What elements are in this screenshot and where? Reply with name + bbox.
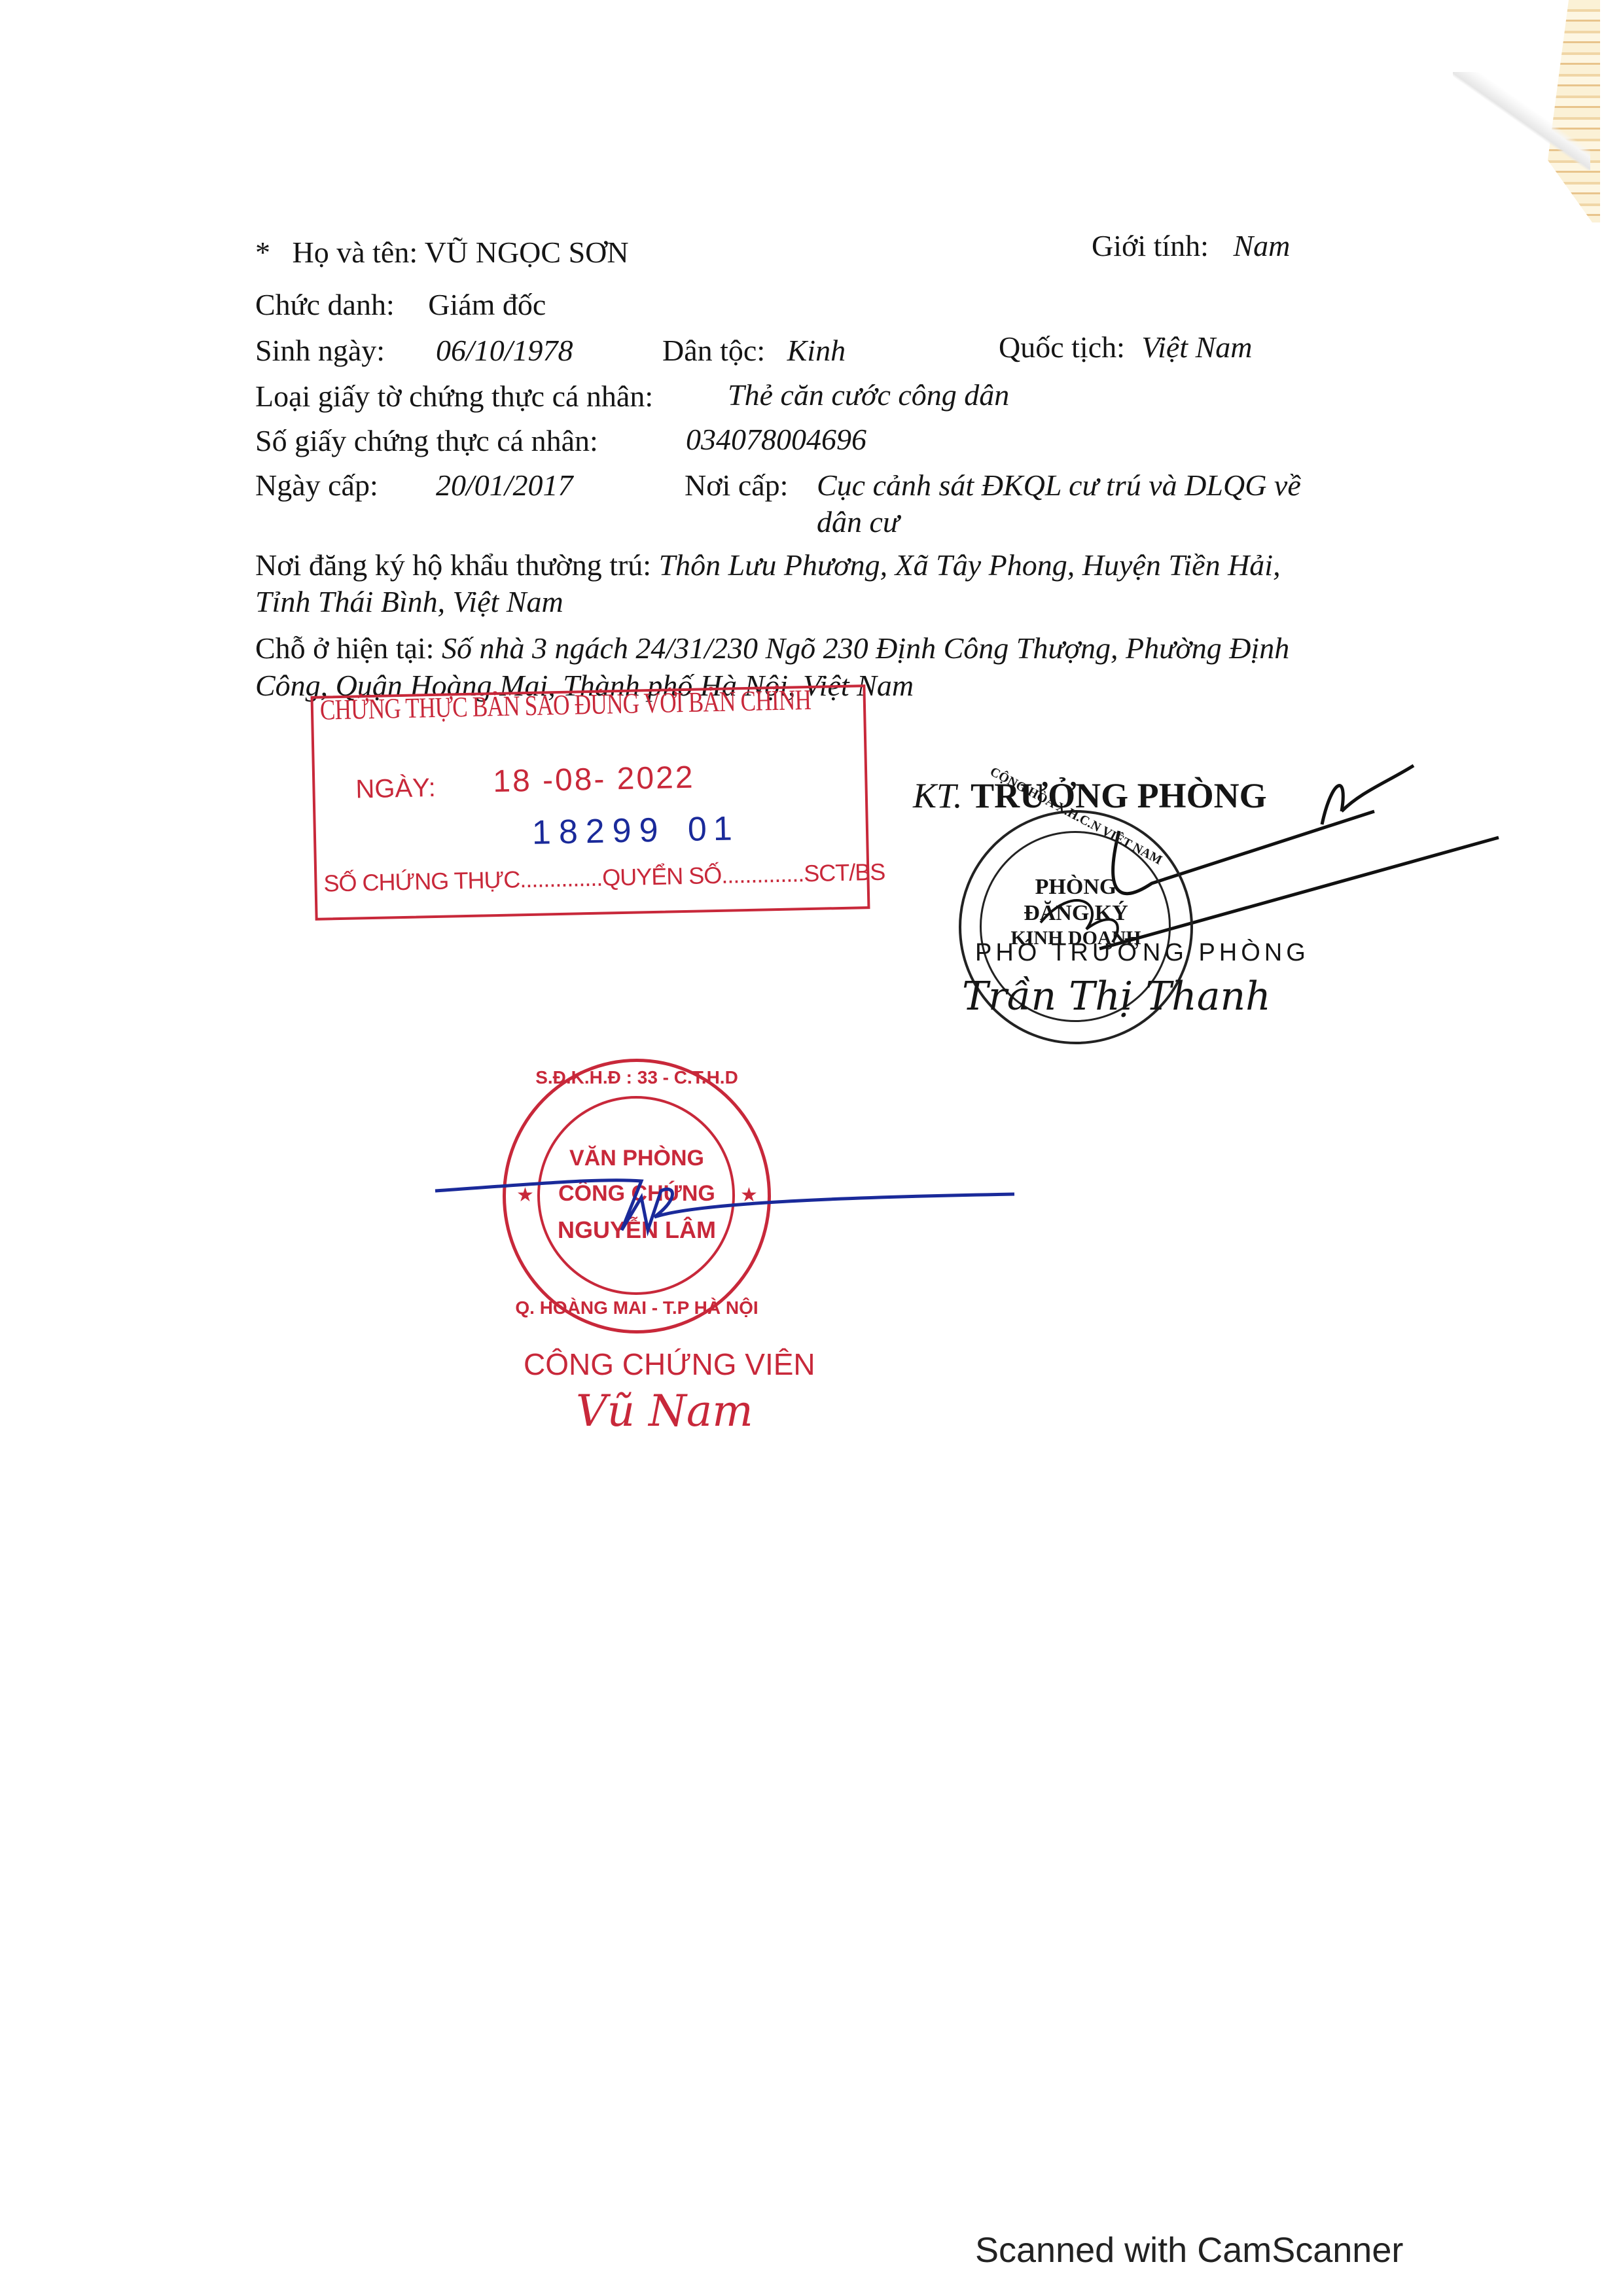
stamp-book-number: 01 xyxy=(687,809,739,849)
name-label: Họ và tên: xyxy=(293,236,418,269)
id-type-row: Loại giấy tờ chứng thực cá nhân: xyxy=(255,380,653,414)
issue-date-value: 20/01/2017 xyxy=(436,468,573,503)
gender-row: Giới tính: Nam xyxy=(1092,229,1290,263)
dob-row: Sinh ngày: xyxy=(255,334,385,368)
permanent-address-line2: Tỉnh Thái Bình, Việt Nam xyxy=(255,585,563,619)
stamp-dots: .............. xyxy=(520,864,603,893)
id-type-value: Thẻ căn cước công dân xyxy=(728,378,1009,412)
bullet: * xyxy=(255,236,270,269)
id-number-label: Số giấy chứng thực cá nhân: xyxy=(255,424,598,457)
stamp-book-label: QUYỂN SỐ xyxy=(602,862,722,891)
issue-place-value-line2: dân cư xyxy=(817,505,899,539)
dob-value: 06/10/1978 xyxy=(436,334,573,368)
id-number-row: Số giấy chứng thực cá nhân: xyxy=(255,424,598,458)
permanent-address-label: Nơi đăng ký hộ khẩu thường trú: xyxy=(255,548,651,582)
gender-value: Nam xyxy=(1233,229,1290,262)
seal-center-line1: PHÒNG xyxy=(961,875,1190,900)
ethnicity-value: Kinh xyxy=(787,334,846,367)
title-label: Chức danh: xyxy=(255,288,395,321)
current-address-label: Chỗ ở hiện tại: xyxy=(255,631,434,665)
signatory-name: Trần Thị Thanh xyxy=(962,974,1271,1019)
nationality-row: Quốc tịch: Việt Nam xyxy=(999,330,1252,364)
certification-stamp: CHỨNG THỰC BẢN SAO ĐÚNG VỚI BẢN CHÍNH NG… xyxy=(311,684,870,921)
deputy-title: PHÓ TRƯỞNG PHÒNG xyxy=(975,939,1310,967)
current-address-line1: Số nhà 3 ngách 24/31/230 Ngõ 230 Định Cô… xyxy=(442,631,1289,665)
nationality-label: Quốc tịch: xyxy=(999,330,1125,364)
camscanner-watermark: Scanned with CamScanner xyxy=(975,2230,1403,2270)
stamp-date-value: 18 -08- 2022 xyxy=(493,760,695,800)
issue-place-value-line1: Cục cảnh sát ĐKQL cư trú và DLQG về xyxy=(817,468,1301,503)
issue-date-label: Ngày cấp: xyxy=(255,468,378,502)
issue-place-label: Nơi cấp: xyxy=(685,468,788,503)
ethnicity-row: Dân tộc: Kinh xyxy=(662,334,846,368)
current-address-row: Chỗ ở hiện tại: Số nhà 3 ngách 24/31/230… xyxy=(255,631,1289,665)
stamp-cert-number: 18299 xyxy=(531,811,666,853)
notary-name: Vũ Nam xyxy=(576,1386,753,1436)
stamp-cert-label: SỐ CHỨNG THỰC xyxy=(323,866,520,896)
notary-signature-icon xyxy=(432,1158,1021,1250)
issue-date-row: Ngày cấp: xyxy=(255,468,378,503)
nationality-value: Việt Nam xyxy=(1141,330,1252,364)
permanent-address-row: Nơi đăng ký hộ khẩu thường trú: Thôn Lưu… xyxy=(255,548,1281,582)
notary-ring-top: S.Đ.K.H.Đ : 33 - C.T.H.D xyxy=(506,1067,768,1088)
notary-ring-bottom: Q. HOÀNG MAI - T.P HÀ NỘI xyxy=(506,1298,768,1318)
stamp-date-label: NGÀY: xyxy=(355,773,436,805)
stamp-footer: SỐ CHỨNG THỰC..............QUYỂN SỐ.....… xyxy=(323,858,885,898)
ethnicity-label: Dân tộc: xyxy=(662,334,765,367)
id-number-value: 034078004696 xyxy=(686,423,866,457)
notary-title: CÔNG CHỨNG VIÊN xyxy=(524,1347,815,1382)
stamp-dots: .............. xyxy=(721,860,804,889)
id-type-label: Loại giấy tờ chứng thực cá nhân: xyxy=(255,380,653,413)
stamp-suffix: SCT/BS xyxy=(804,858,885,887)
name-row: * Họ và tên: VŨ NGỌC SƠN xyxy=(255,236,629,270)
permanent-address-line1: Thôn Lưu Phương, Xã Tây Phong, Huyện Tiề… xyxy=(659,548,1281,582)
gender-label: Giới tính: xyxy=(1092,229,1209,262)
dob-label: Sinh ngày: xyxy=(255,334,385,367)
name-value: VŨ NGỌC SƠN xyxy=(425,236,629,269)
title-value: Giám đốc xyxy=(428,288,546,321)
title-row: Chức danh: Giám đốc xyxy=(255,288,546,322)
seal-center-line2: ĐĂNG KÝ xyxy=(961,901,1190,926)
paper-fold-corner xyxy=(1453,72,1590,170)
